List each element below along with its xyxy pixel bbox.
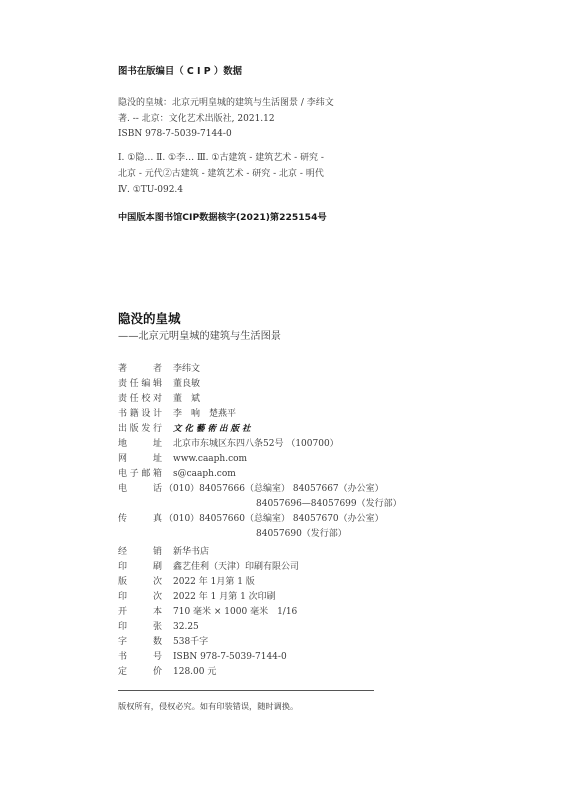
row-label: 开本 (118, 605, 162, 619)
row-value: 鑫艺佳利（天津）印刷有限公司 (173, 560, 299, 574)
row-value: （010）84057660（总编室） 84057670（办公室） (164, 512, 384, 526)
copyright-page: 图书在版编目（ C I P ）数据 隐没的皇城：北京元明皇城的建筑与生活图景 /… (0, 0, 566, 800)
row-label: 电子邮箱 (118, 467, 162, 481)
cip-line: 著. -- 北京：文化艺术出版社, 2021.12 (118, 113, 275, 125)
cip-classification-line: 北京 - 元代②古建筑 - 建筑艺术 - 研究 - 北京 - 明代 (118, 168, 324, 180)
row-label: 印刷 (118, 560, 162, 574)
row-value: ISBN 978-7-5039-7144-0 (173, 650, 287, 664)
row-value: 84057696—84057699（发行部） (256, 497, 402, 511)
row-value: 2022 年 1 月第 1 次印刷 (173, 590, 276, 604)
row-label: 经销 (118, 545, 162, 559)
row-value: 李 响 楚燕平 (173, 407, 236, 421)
cip-line: 隐没的皇城：北京元明皇城的建筑与生活图景 / 李纬文 (118, 97, 334, 109)
divider (118, 690, 374, 691)
book-subtitle: ——北京元明皇城的建筑与生活图景 (118, 327, 281, 342)
row-label: 印次 (118, 590, 162, 604)
publisher-logo-text: 文化藝術出版社 (173, 422, 254, 436)
row-value: s@caaph.com (173, 467, 236, 481)
row-label: 版次 (118, 575, 162, 589)
row-label: 著者 (118, 362, 162, 376)
row-label: 字数 (118, 635, 162, 649)
row-value: 董 斌 (173, 392, 200, 406)
row-value: 2022 年 1月第 1 版 (173, 575, 255, 589)
row-label: 出版发行 (118, 422, 162, 436)
cip-header: 图书在版编目（ C I P ）数据 (118, 66, 242, 78)
row-label: 地址 (118, 437, 162, 451)
row-label: 责任编辑 (118, 377, 162, 391)
row-label: 传真 (118, 512, 162, 526)
row-label: 印张 (118, 620, 162, 634)
row-value: 84057690（发行部） (256, 527, 347, 541)
cip-isbn: ISBN 978-7-5039-7144-0 (118, 128, 232, 140)
row-value: 李纬文 (173, 362, 200, 376)
row-value: 538千字 (173, 635, 208, 649)
row-label: 定价 (118, 665, 162, 679)
row-label: 网址 (118, 452, 162, 466)
row-value: （010）84057666（总编室） 84057667（办公室） (164, 482, 384, 496)
row-value: www.caaph.com (173, 452, 247, 466)
copyright-notice: 版权所有，侵权必究。如有印装错误，随时调换。 (118, 701, 298, 712)
row-label: 书号 (118, 650, 162, 664)
book-title: 隐没的皇城 (118, 309, 181, 327)
row-value: 董良敏 (173, 377, 200, 391)
row-label: 电话 (118, 482, 162, 496)
cip-classification-line: Ⅳ. ①TU-092.4 (118, 184, 183, 196)
row-value: 新华书店 (173, 545, 209, 559)
row-value: 32.25 (173, 620, 199, 634)
row-label: 责任校对 (118, 392, 162, 406)
row-value: 北京市东城区东四八条52号 （100700） (173, 437, 339, 451)
row-value: 128.00 元 (173, 665, 216, 679)
cip-classification-line: Ⅰ. ①隐… Ⅱ. ①李… Ⅲ. ①古建筑 - 建筑艺术 - 研究 - (118, 152, 324, 164)
row-label: 书籍设计 (118, 407, 162, 421)
row-value: 710 毫米 × 1000 毫米 1/16 (173, 605, 297, 619)
cip-record-number: 中国版本图书馆CIP数据核字(2021)第225154号 (118, 212, 327, 224)
